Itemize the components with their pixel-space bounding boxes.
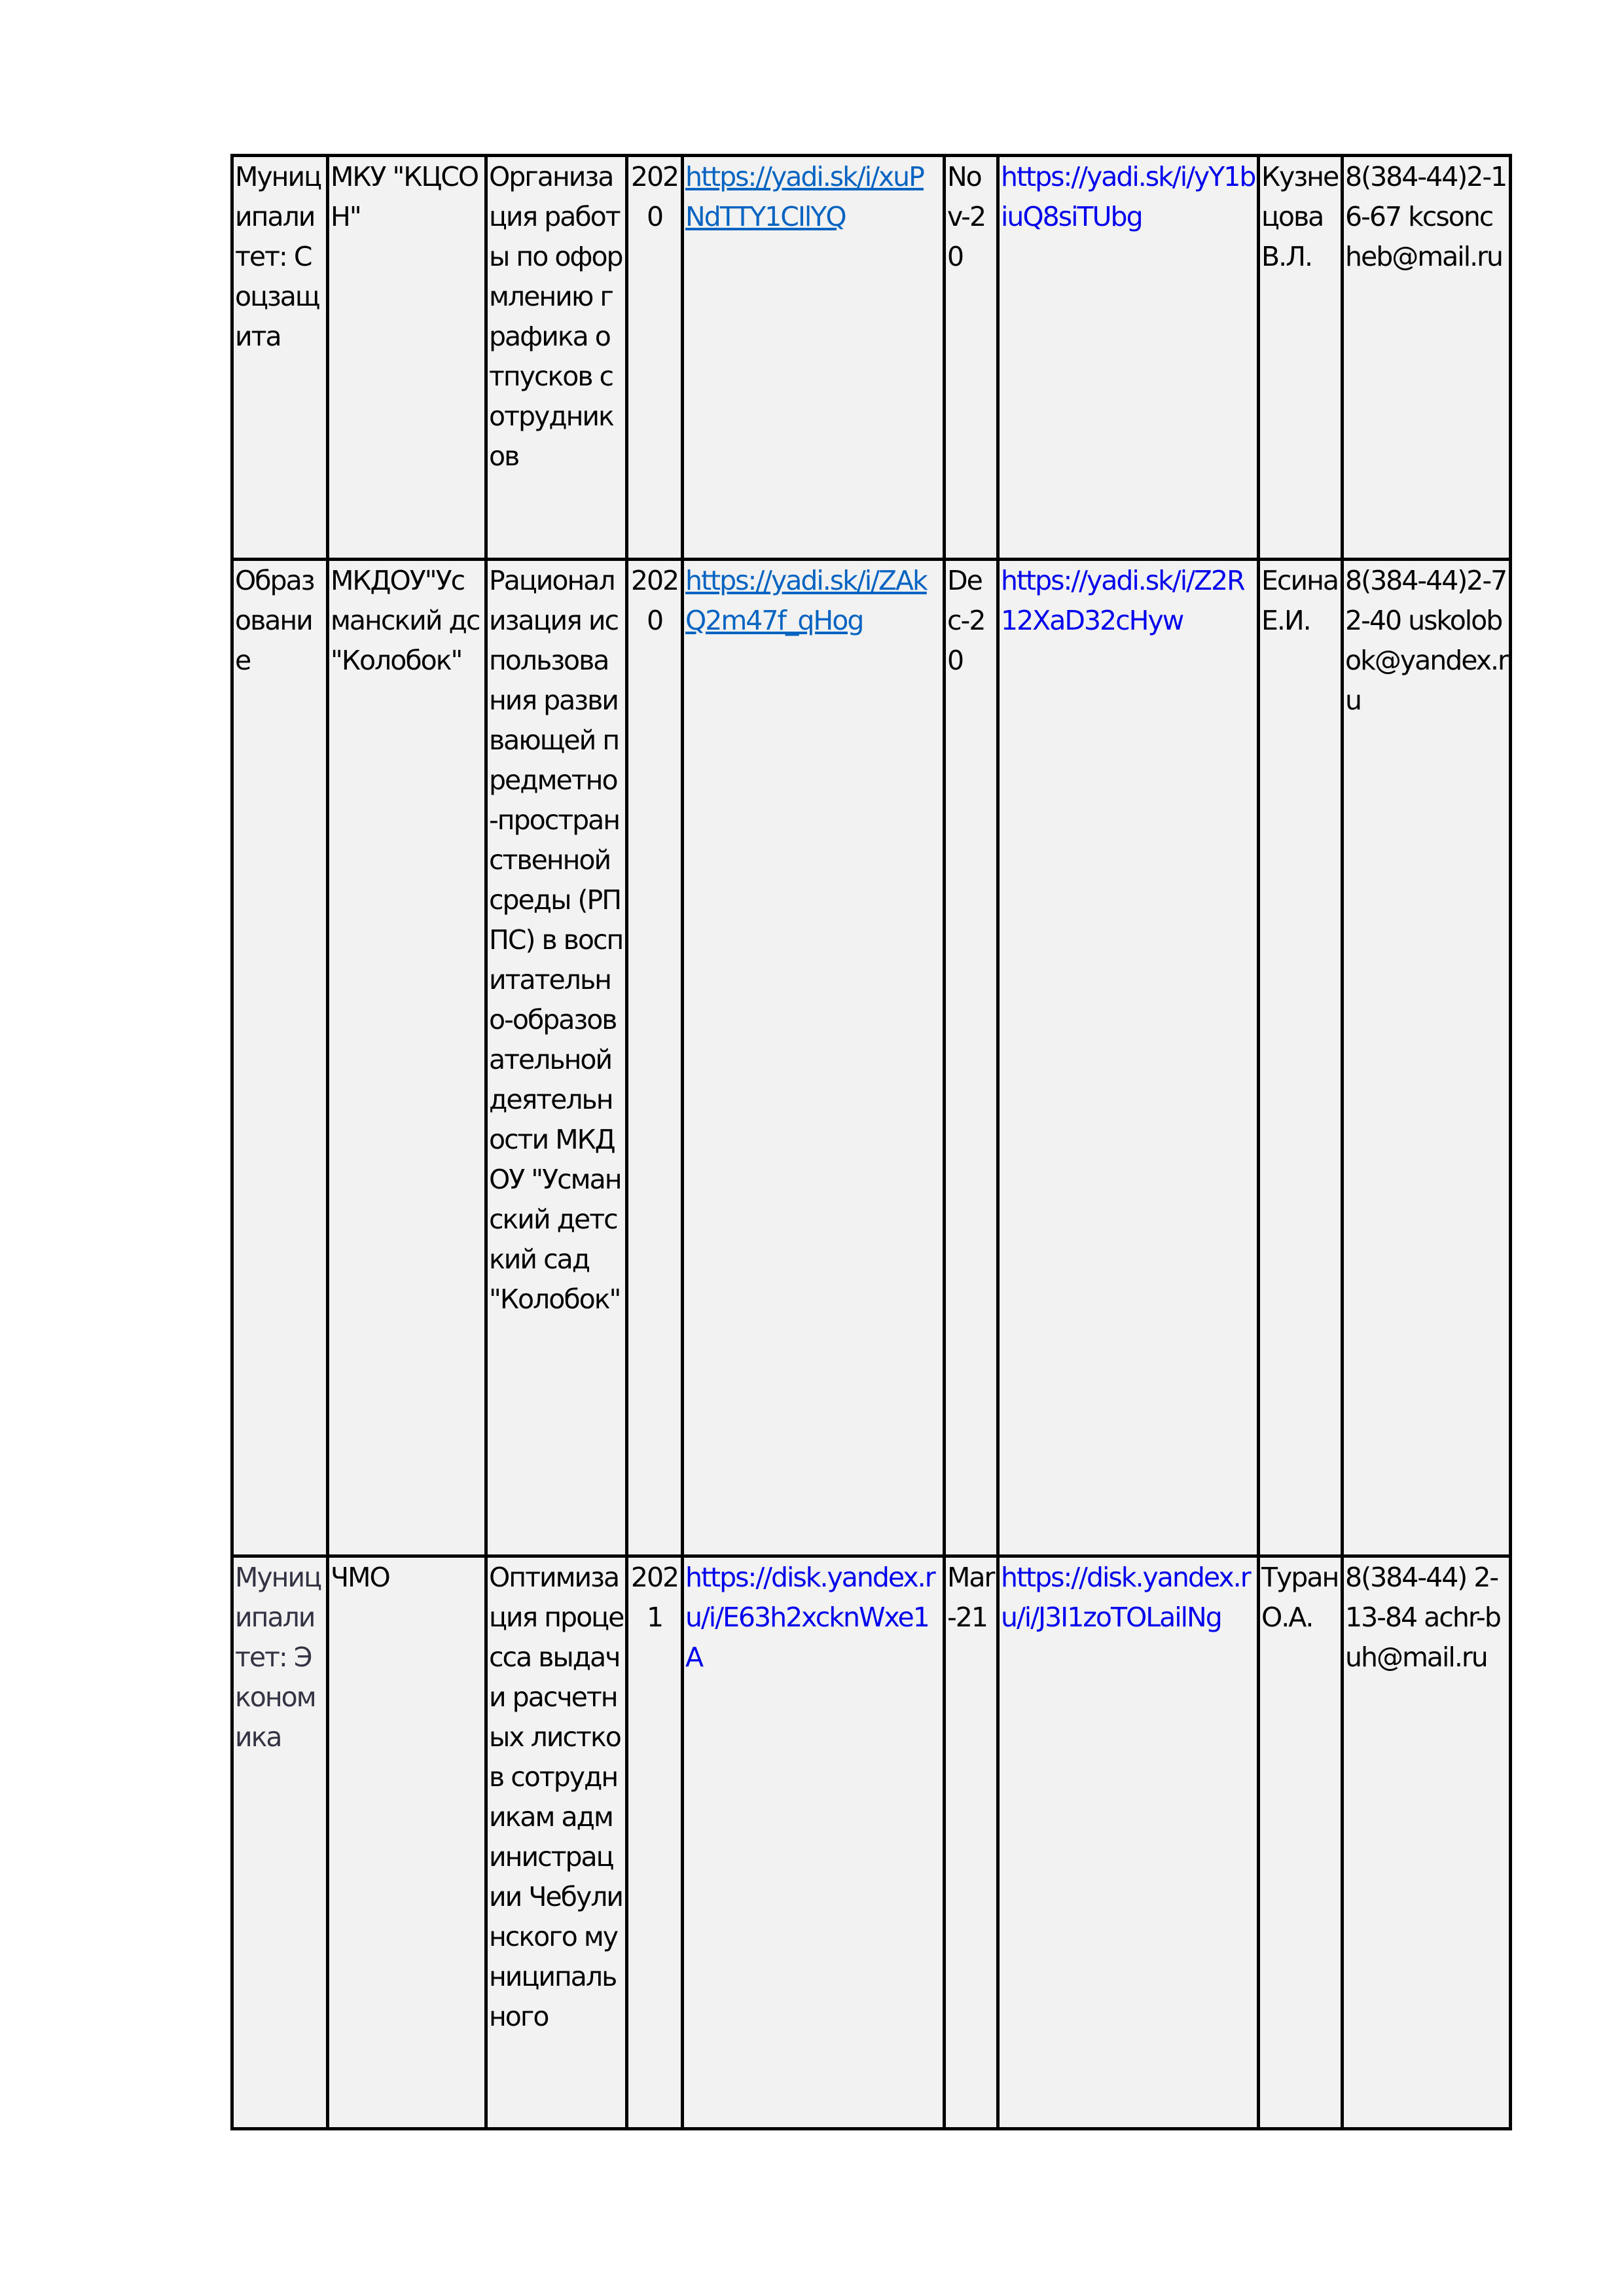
- year-cell: 2020: [627, 156, 683, 560]
- year-cell: 2021: [627, 1556, 683, 2129]
- date-cell: Mar-21: [945, 1556, 998, 2129]
- contact-person-cell: Туран О.А.: [1259, 1556, 1343, 2129]
- table-row: Муниципалитет: Соцзащита МКУ "КЦСОН" Орг…: [232, 156, 1511, 560]
- table-row: Муниципалитет: Экономика ЧМО Оптимизация…: [232, 1556, 1511, 2129]
- sphere-cell: Муниципалитет: Экономика: [232, 1556, 328, 2129]
- link1-cell: https://yadi.sk/i/ZAkQ2m47f_qHog: [683, 560, 945, 1556]
- contacts-cell: 8(384-44)2-72-40 uskolobok@yandex.ru: [1343, 560, 1511, 1556]
- sphere-cell: Муниципалитет: Соцзащита: [232, 156, 328, 560]
- date-cell: Nov-20: [945, 156, 998, 560]
- projects-table: Муниципалитет: Соцзащита МКУ "КЦСОН" Орг…: [230, 154, 1512, 2130]
- project-link[interactable]: https://yadi.sk/i/xuPNdTTY1CIlYQ: [685, 161, 924, 232]
- project-cell: Организация работы по оформлению графика…: [486, 156, 627, 560]
- result-link[interactable]: https://disk.yandex.ru/i/J3I1zoTOLailNg: [1001, 1562, 1250, 1633]
- link2-cell: https://disk.yandex.ru/i/J3I1zoTOLailNg: [998, 1556, 1259, 2129]
- link1-cell: https://yadi.sk/i/xuPNdTTY1CIlYQ: [683, 156, 945, 560]
- date-cell: Dec-20: [945, 560, 998, 1556]
- link1-cell: https://disk.yandex.ru/i/E63h2xcknWxe1A: [683, 1556, 945, 2129]
- table-row: Образование МКДОУ"Усманский дс "Колобок"…: [232, 560, 1511, 1556]
- contact-person-cell: Есина Е.И.: [1259, 560, 1343, 1556]
- link2-cell: https://yadi.sk/i/yY1biuQ8siTUbg: [998, 156, 1259, 560]
- document-page: Муниципалитет: Соцзащита МКУ "КЦСОН" Орг…: [0, 0, 1624, 2296]
- year-cell: 2020: [627, 560, 683, 1556]
- contact-person-cell: Кузнецова В.Л.: [1259, 156, 1343, 560]
- project-cell: Рационализация использования развивающей…: [486, 560, 627, 1556]
- contacts-cell: 8(384-44) 2-13-84 achr-buh@mail.ru: [1343, 1556, 1511, 2129]
- contacts-cell: 8(384-44)2-16-67 kcsoncheb@mail.ru: [1343, 156, 1511, 560]
- link2-cell: https://yadi.sk/i/Z2R12XaD32cHyw: [998, 560, 1259, 1556]
- project-link[interactable]: https://yadi.sk/i/ZAkQ2m47f_qHog: [685, 565, 927, 636]
- project-link[interactable]: https://disk.yandex.ru/i/E63h2xcknWxe1A: [685, 1562, 935, 1673]
- sphere-cell: Образование: [232, 560, 328, 1556]
- organization-cell: МКУ "КЦСОН": [328, 156, 486, 560]
- result-link[interactable]: https://yadi.sk/i/Z2R12XaD32cHyw: [1001, 565, 1244, 636]
- organization-cell: ЧМО: [328, 1556, 486, 2129]
- organization-cell: МКДОУ"Усманский дс "Колобок": [328, 560, 486, 1556]
- result-link[interactable]: https://yadi.sk/i/yY1biuQ8siTUbg: [1001, 161, 1255, 232]
- project-cell: Оптимизация процесса выдачи расчетных ли…: [486, 1556, 627, 2129]
